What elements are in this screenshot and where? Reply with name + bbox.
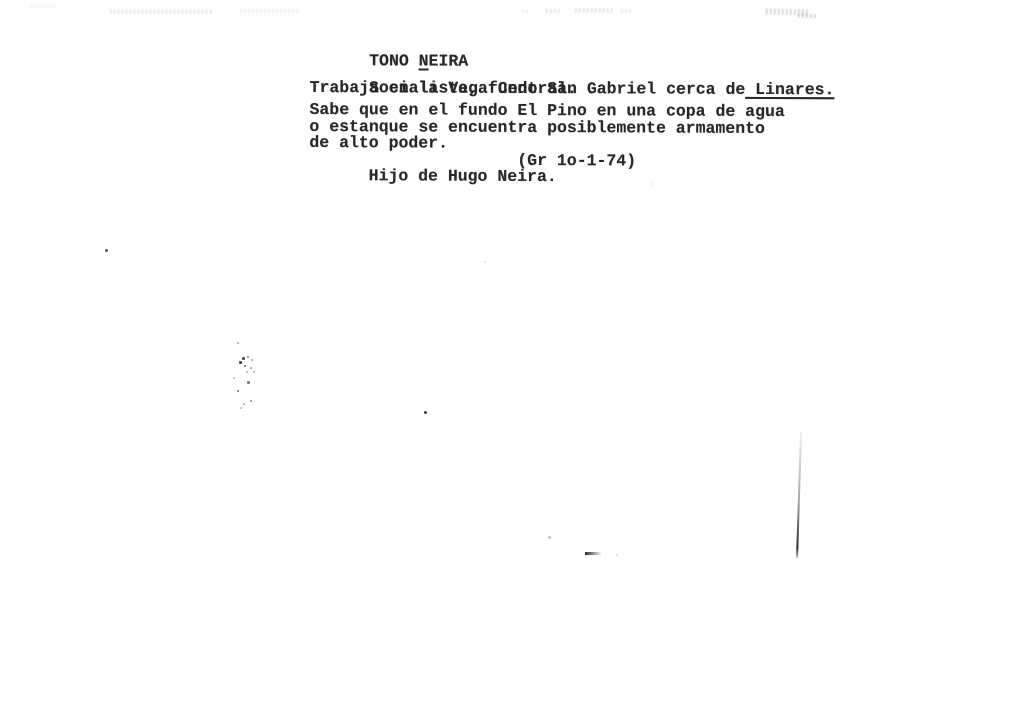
scanned-document-page: TONO NEIRA Socialista, fundo San Gabriel…	[0, 0, 1012, 717]
ink-speck	[239, 361, 242, 364]
ink-dash	[585, 552, 601, 555]
scan-smudge	[798, 14, 818, 18]
ink-dot	[105, 249, 108, 252]
ink-dot	[424, 411, 427, 414]
scan-smudge	[110, 9, 212, 14]
scan-smudge	[31, 5, 57, 8]
ink-speck	[250, 367, 252, 369]
ink-dot	[616, 554, 618, 556]
scan-smudge	[652, 181, 654, 187]
ink-speck	[246, 371, 248, 373]
ink-speck	[240, 407, 242, 409]
ink-speck	[237, 342, 239, 344]
scan-smudge	[522, 10, 530, 13]
scan-smudge	[621, 9, 631, 13]
ink-speck	[247, 381, 250, 384]
scan-smudge	[575, 8, 615, 13]
ink-speck	[243, 403, 245, 405]
scan-smudge	[546, 9, 562, 13]
scan-smudge	[240, 9, 298, 13]
ink-speck	[233, 377, 235, 379]
ink-speck	[251, 359, 253, 361]
line-poder: de alto poder.	[309, 135, 448, 152]
scan-scratch-line	[796, 432, 801, 558]
ink-speck	[242, 357, 245, 360]
ink-speck	[244, 365, 246, 367]
ink-speck	[253, 371, 255, 373]
date-reference: (Gr 1o-1-74)	[517, 153, 636, 170]
ink-dot	[484, 261, 486, 263]
ink-speck	[247, 356, 249, 358]
ink-speck	[250, 400, 252, 402]
line-hijo-row: Hijo de Hugo Neira. (Gr 1o-1-74)	[309, 152, 557, 217]
ink-dot	[548, 536, 551, 539]
ink-speck	[237, 390, 239, 392]
line-trabaja: Trabaja en la Vega Central.	[310, 80, 577, 97]
line-socialista-underlined: Linares.	[745, 80, 834, 99]
typewritten-text-block: TONO NEIRA Socialista, fundo San Gabriel…	[310, 0, 870, 2]
